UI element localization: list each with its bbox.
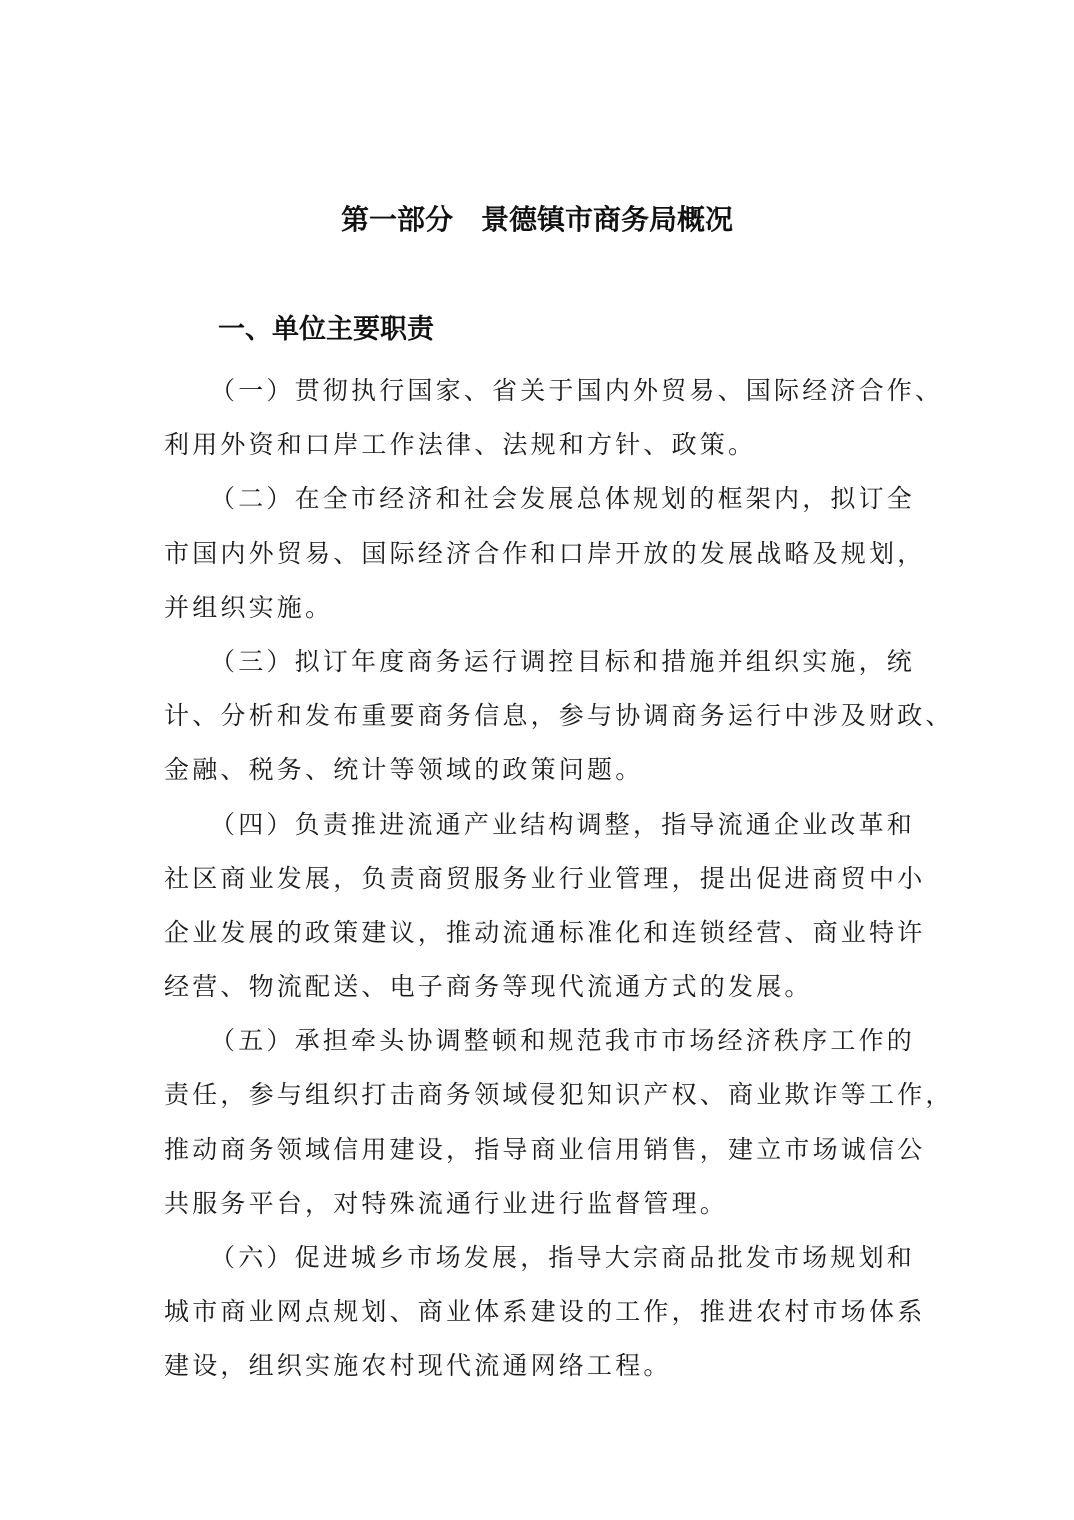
paragraph-line: 金融、税务、统计等领域的政策问题。 — [164, 743, 924, 797]
paragraph-line: 计、分析和发布重要商务信息，参与协调商务运行中涉及财政、 — [164, 689, 924, 743]
paragraph-line: 建设，组织实施农村现代流通网络工程。 — [164, 1339, 924, 1393]
paragraph-line: （四）负责推进流通产业结构调整，指导流通企业改革和 — [164, 798, 924, 852]
paragraph-line: 市国内外贸易、国际经济合作和口岸开放的发展战略及规划， — [164, 527, 924, 581]
paragraph-3: （三）拟订年度商务运行调控目标和措施并组织实施，统 计、分析和发布重要商务信息，… — [164, 635, 924, 798]
paragraph-line: 利用外资和口岸工作法律、法规和方针、政策。 — [164, 418, 924, 472]
paragraph-line: （五）承担牵头协调整顿和规范我市市场经济秩序工作的 — [164, 1014, 924, 1068]
paragraph-1: （一）贯彻执行国家、省关于国内外贸易、国际经济合作、 利用外资和口岸工作法律、法… — [164, 364, 924, 472]
paragraph-6: （六）促进城乡市场发展，指导大宗商品批发市场规划和 城市商业网点规划、商业体系建… — [164, 1231, 924, 1394]
paragraph-line: （六）促进城乡市场发展，指导大宗商品批发市场规划和 — [164, 1231, 924, 1285]
paragraph-line: （三）拟订年度商务运行调控目标和措施并组织实施，统 — [164, 635, 924, 689]
section-heading: 一、单位主要职责 — [218, 310, 434, 350]
document-body: （一）贯彻执行国家、省关于国内外贸易、国际经济合作、 利用外资和口岸工作法律、法… — [164, 364, 924, 1394]
paragraph-line: 城市商业网点规划、商业体系建设的工作，推进农村市场体系 — [164, 1285, 924, 1339]
document-page: 第一部分 景德镇市商务局概况 一、单位主要职责 （一）贯彻执行国家、省关于国内外… — [0, 0, 1074, 1520]
paragraph-line: 社区商业发展，负责商贸服务业行业管理，提出促进商贸中小 — [164, 852, 924, 906]
paragraph-line: （二）在全市经济和社会发展总体规划的框架内，拟订全 — [164, 472, 924, 526]
paragraph-line: 企业发展的政策建议，推动流通标准化和连锁经营、商业特许 — [164, 906, 924, 960]
paragraph-line: 共服务平台，对特殊流通行业进行监督管理。 — [164, 1177, 924, 1231]
paragraph-5: （五）承担牵头协调整顿和规范我市市场经济秩序工作的 责任，参与组织打击商务领域侵… — [164, 1014, 924, 1231]
document-title: 第一部分 景德镇市商务局概况 — [0, 198, 1074, 242]
paragraph-2: （二）在全市经济和社会发展总体规划的框架内，拟订全 市国内外贸易、国际经济合作和… — [164, 472, 924, 635]
paragraph-line: 推动商务领域信用建设，指导商业信用销售，建立市场诚信公 — [164, 1123, 924, 1177]
paragraph-line: 经营、物流配送、电子商务等现代流通方式的发展。 — [164, 960, 924, 1014]
paragraph-line: 并组织实施。 — [164, 581, 924, 635]
paragraph-line: （一）贯彻执行国家、省关于国内外贸易、国际经济合作、 — [164, 364, 924, 418]
paragraph-line: 责任，参与组织打击商务领域侵犯知识产权、商业欺诈等工作， — [164, 1068, 924, 1122]
paragraph-4: （四）负责推进流通产业结构调整，指导流通企业改革和 社区商业发展，负责商贸服务业… — [164, 798, 924, 1015]
